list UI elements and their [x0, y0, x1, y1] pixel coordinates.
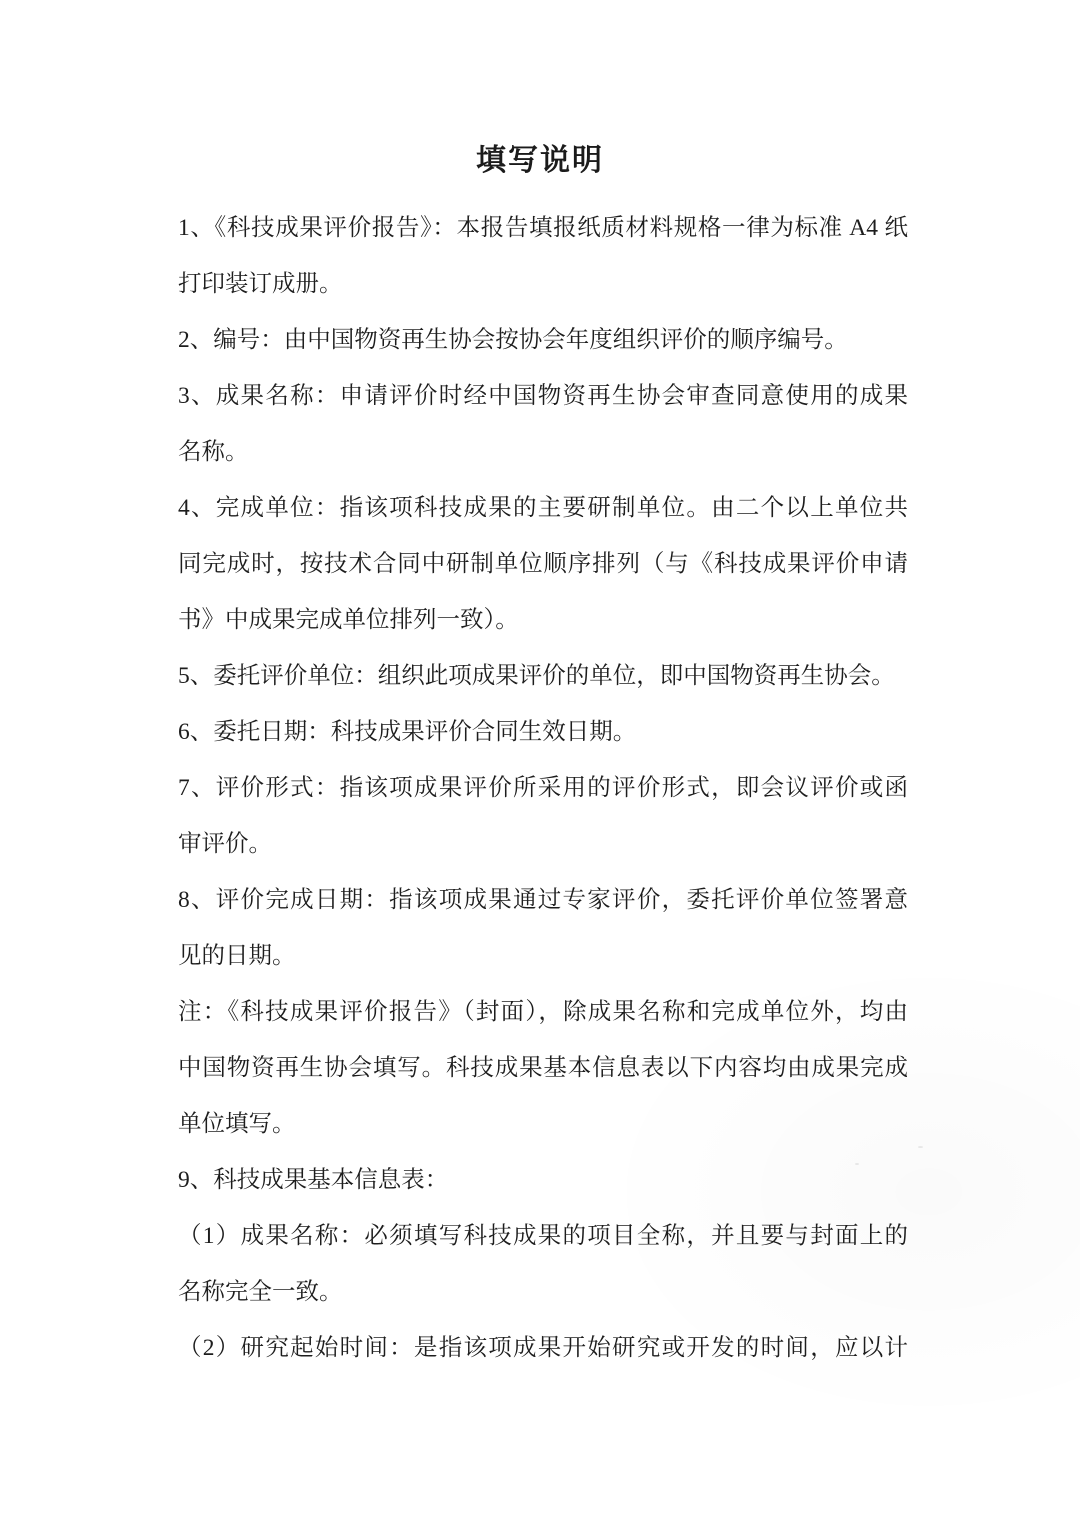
document-line: 单位填写。: [178, 1096, 908, 1152]
document-line: 4、完成单位：指该项科技成果的主要研制单位。由二个以上单位共: [178, 480, 908, 536]
document-line: 9、科技成果基本信息表：: [178, 1152, 908, 1208]
document-line: 书》中成果完成单位排列一致）。: [178, 592, 908, 648]
page-title: 填写说明: [0, 138, 1080, 184]
document-line: （1）成果名称：必须填写科技成果的项目全称，并且要与封面上的: [178, 1208, 908, 1264]
document-line: 6、委托日期：科技成果评价合同生效日期。: [178, 704, 908, 760]
scan-artifact: [855, 1163, 859, 1165]
document-line: 见的日期。: [178, 928, 908, 984]
document-line: 3、成果名称：申请评价时经中国物资再生协会审查同意使用的成果: [178, 368, 908, 424]
scan-artifact: [918, 1146, 923, 1148]
document-line: 5、委托评价单位：组织此项成果评价的单位，即中国物资再生协会。: [178, 648, 908, 704]
document-line: （2）研究起始时间：是指该项成果开始研究或开发的时间，应以计: [178, 1320, 908, 1376]
document-line: 审评价。: [178, 816, 908, 872]
document-line: 中国物资再生协会填写。科技成果基本信息表以下内容均由成果完成: [178, 1040, 908, 1096]
document-line: 8、评价完成日期：指该项成果通过专家评价，委托评价单位签署意: [178, 872, 908, 928]
document-line: 打印装订成册。: [178, 256, 908, 312]
document-line: 2、编号：由中国物资再生协会按协会年度组织评价的顺序编号。: [178, 312, 908, 368]
document-body: 1、《科技成果评价报告》：本报告填报纸质材料规格一律为标准 A4 纸打印装订成册…: [178, 200, 908, 1376]
document-line: 名称。: [178, 424, 908, 480]
document-line: 7、评价形式：指该项成果评价所采用的评价形式，即会议评价或函: [178, 760, 908, 816]
document-line: 1、《科技成果评价报告》：本报告填报纸质材料规格一律为标准 A4 纸: [178, 200, 908, 256]
document-line: 同完成时，按技术合同中研制单位顺序排列（与《科技成果评价申请: [178, 536, 908, 592]
document-line: 注：《科技成果评价报告》（封面），除成果名称和完成单位外，均由: [178, 984, 908, 1040]
document-page: 填写说明 1、《科技成果评价报告》：本报告填报纸质材料规格一律为标准 A4 纸打…: [0, 0, 1080, 1528]
document-line: 名称完全一致。: [178, 1264, 908, 1320]
